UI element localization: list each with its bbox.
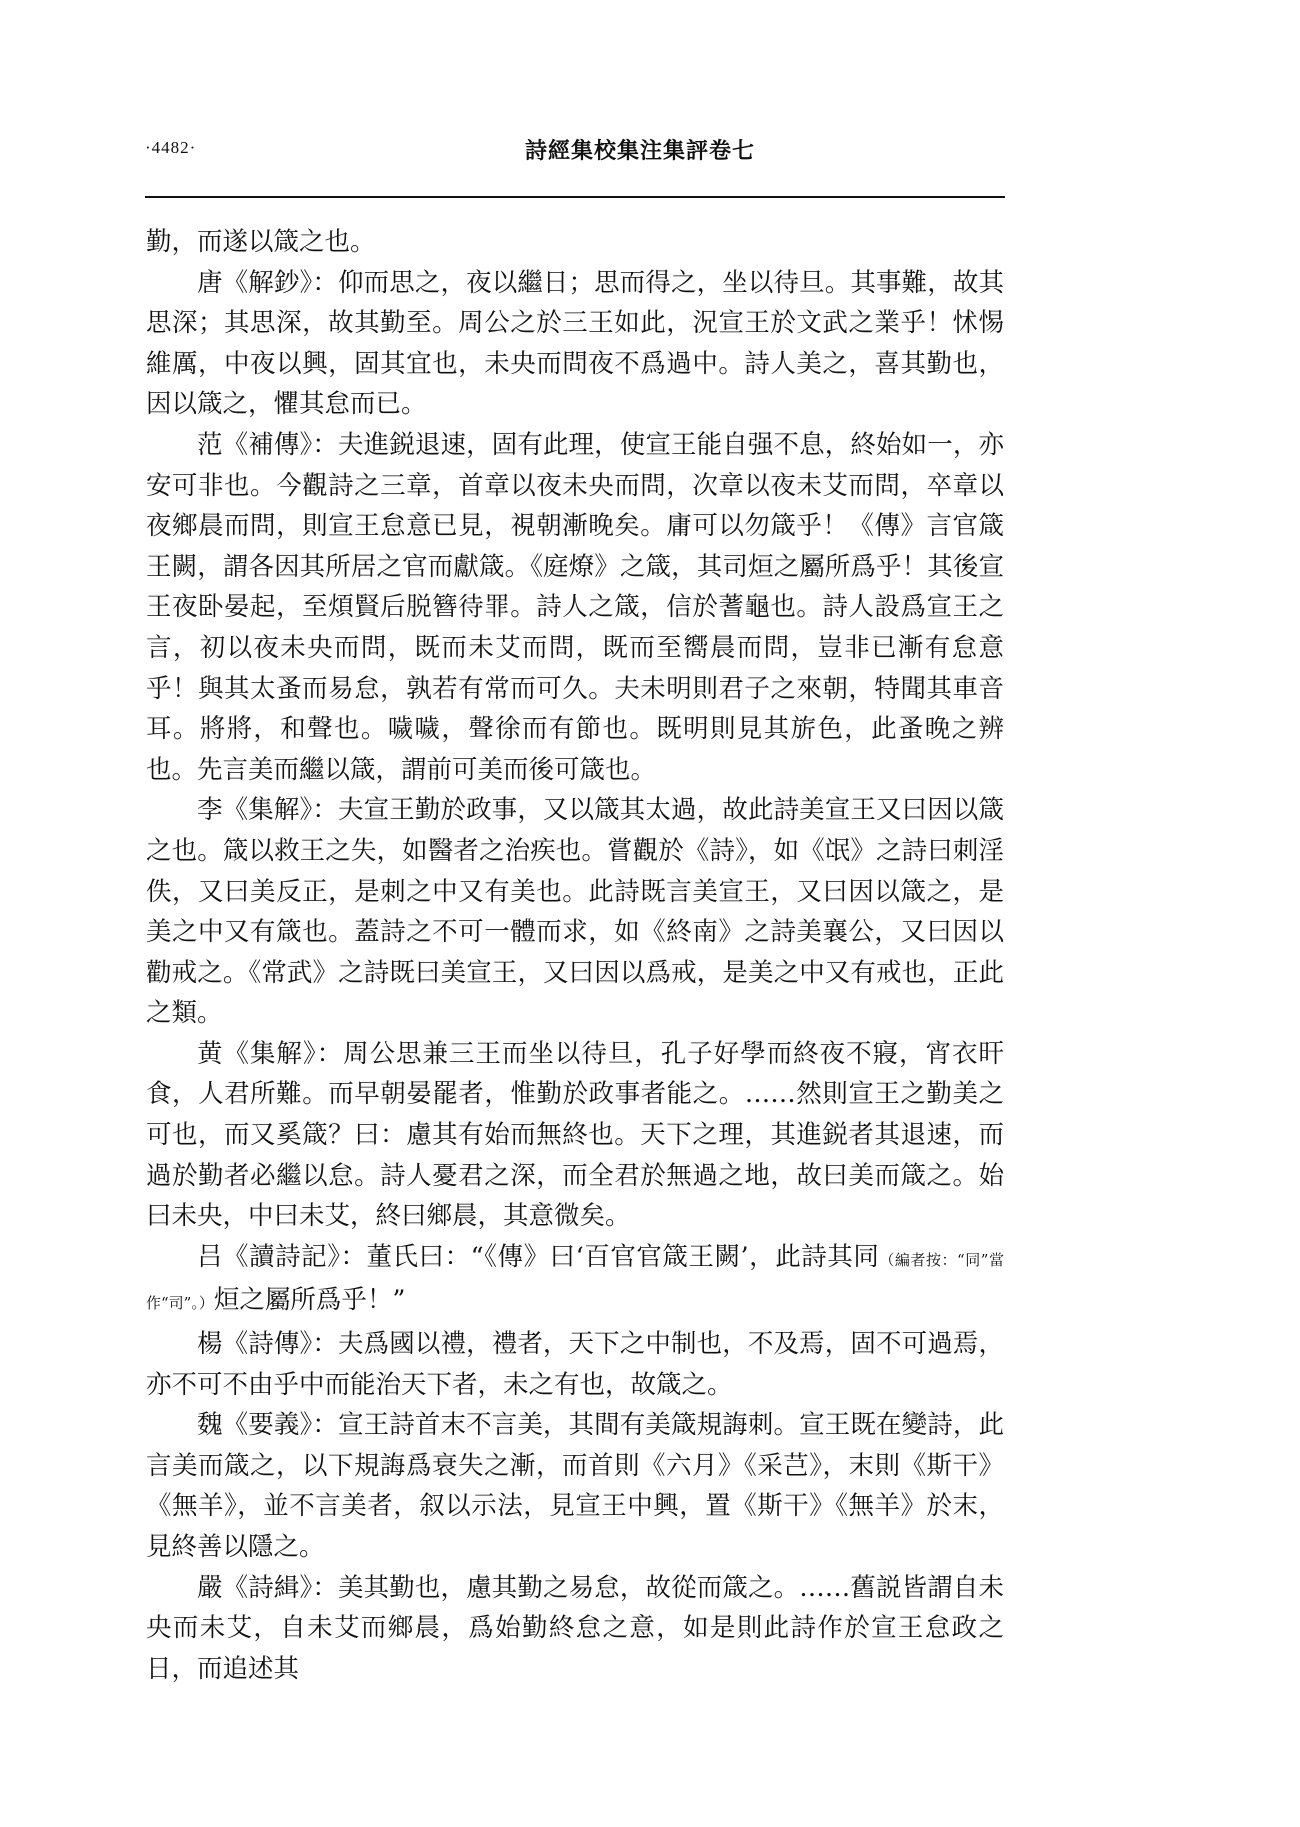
page-header: ·4482· 詩經集校集注集評卷七 — [145, 130, 995, 170]
paragraph-tang-jiechao: 唐《解鈔》：仰而思之，夜以繼日；思而得之，坐以待旦。其事難，故其思深；其思深，故… — [146, 263, 1004, 425]
paragraph-wei-yaoyi: 魏《要義》：宣王詩首末不言美，其間有美箴規誨刺。宣王既在變詩，此言美而箴之，以下… — [146, 1405, 1004, 1567]
paragraph-continuation: 勤，而遂以箴之也。 — [146, 222, 1004, 263]
quote-text: 吕《讀詩記》：董氏曰：“《傳》曰‘百官官箴王闕’，此詩其同 — [197, 1242, 879, 1272]
running-title: 詩經集校集注集評卷七 — [525, 134, 755, 165]
page-number: ·4482· — [145, 138, 196, 158]
paragraph-lu-dushiji: 吕《讀詩記》：董氏曰：“《傳》曰‘百官官箴王闕’，此詩其同（編者按：“同”當作“… — [146, 1237, 1004, 1324]
paragraph-yan-shiji: 嚴《詩緝》：美其勤也，慮其勤之易怠，故從而箴之。……舊説皆謂自未央而未艾，自未艾… — [146, 1568, 1004, 1690]
paragraph-li-jijie: 李《集解》：夫宣王勤於政事，又以箴其太過，故此詩美宣王又曰因以箴之也。箴以救王之… — [146, 790, 1004, 1034]
body-text: 勤，而遂以箴之也。 唐《解鈔》：仰而思之，夜以繼日；思而得之，坐以待旦。其事難，… — [146, 222, 1004, 1689]
paragraph-huang-jijie: 黄《集解》：周公思兼三王而坐以待旦，孔子好學而終夜不寢，宵衣旰食，人君所難。而早… — [146, 1034, 1004, 1237]
paragraph-yang-shizhuan: 楊《詩傳》：夫爲國以禮，禮者，天下之中制也，不及焉，固不可過焉，亦不可不由乎中而… — [146, 1324, 1004, 1405]
paragraph-fan-buzhuan: 范《補傳》：夫進鋭退速，固有此理，使宣王能自强不息，終始如一，亦安可非也。今觀詩… — [146, 425, 1004, 790]
header-rule — [145, 196, 1005, 198]
quote-text-end: 烜之屬所爲乎！” — [214, 1285, 406, 1315]
